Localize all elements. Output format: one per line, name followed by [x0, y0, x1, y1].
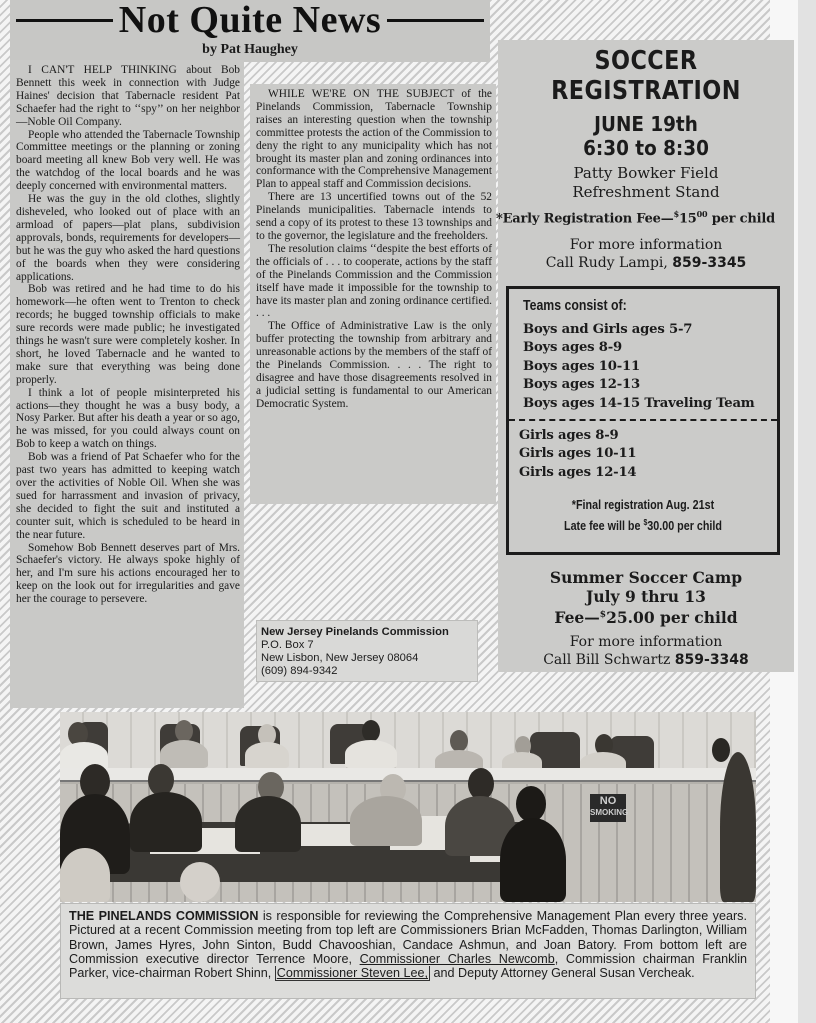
boys-teams-list: Boys and Girls ages 5-7 Boys ages 8-9 Bo…: [509, 321, 777, 413]
article-paragraph: Bob was a friend of Pat Schaefer who for…: [16, 451, 240, 541]
summer-camp-section: Summer Soccer Camp July 9 thru 13 Fee—$2…: [498, 568, 794, 669]
article-paragraph: The resolution claims ‘‘despite the best…: [256, 243, 492, 320]
article-paragraph: WHILE WE'RE ON THE SUBJECT of the Pinela…: [256, 88, 492, 191]
team-item: Girls ages 12-14: [509, 464, 777, 482]
headline-rule-right: [387, 19, 484, 22]
ad-title: SOCCER: [519, 46, 774, 76]
info-text: For more information: [498, 236, 794, 254]
dashed-divider: [509, 419, 777, 421]
article-paragraph: There are 13 uncertified towns out of th…: [256, 191, 492, 243]
team-item: Boys ages 12-13: [509, 376, 777, 394]
boxed-name: Commissioner Steven Lee,: [275, 966, 430, 981]
no-smoking-sign: NO SMOKING: [590, 794, 626, 822]
contact-line: Call Rudy Lampi, 859-3345: [498, 254, 794, 272]
photo-caption: THE PINELANDS COMMISSION is responsible …: [60, 903, 756, 999]
team-item: Girls ages 8-9: [509, 427, 777, 445]
camp-dates: July 9 thru 13: [498, 587, 794, 606]
ad-title: REGISTRATION: [519, 76, 774, 106]
commission-meeting-photo: NO SMOKING: [60, 712, 756, 902]
info-text: For more information: [498, 633, 794, 651]
address-org: New Jersey Pinelands Commission: [261, 626, 477, 639]
article-paragraph: Somehow Bob Bennett deserves part of Mrs…: [16, 542, 240, 607]
article-paragraph: I think a lot of people misinterpreted h…: [16, 387, 240, 452]
article-column-1: I CAN'T HELP THINKING about Bob Bennett …: [10, 60, 244, 708]
article-paragraph: I CAN'T HELP THINKING about Bob Bennett …: [16, 64, 240, 129]
team-item: Girls ages 10-11: [509, 445, 777, 463]
team-item: Boys ages 10-11: [509, 358, 777, 376]
contact-line: Call Bill Schwartz 859-3348: [498, 651, 794, 669]
registration-location: Refreshment Stand: [498, 183, 794, 202]
camp-fee: Fee—$25.00 per child: [498, 606, 794, 627]
column-title: Not Quite News: [119, 0, 381, 40]
headline-rule-left: [16, 19, 113, 22]
team-item: Boys ages 8-9: [509, 339, 777, 357]
early-registration-fee: *Early Registration Fee—$1500 per child: [496, 205, 794, 228]
article-paragraph: Bob was retired and he had time to do hi…: [16, 283, 240, 386]
teams-box: Teams consist of: Boys and Girls ages 5-…: [506, 286, 780, 555]
team-item: Boys ages 14-15 Traveling Team: [509, 395, 777, 413]
team-item: Boys and Girls ages 5-7: [509, 321, 777, 339]
article-paragraph: People who attended the Tabernacle Towns…: [16, 129, 240, 194]
registration-date: JUNE 19th: [510, 112, 782, 136]
underlined-name: Commissioner Charles Newcomb: [360, 952, 555, 966]
article-paragraph: The Office of Administrative Law is the …: [256, 320, 492, 410]
soccer-registration-ad: SOCCER REGISTRATION JUNE 19th 6:30 to 8:…: [498, 40, 794, 672]
address-box: New Jersey Pinelands Commission P.O. Box…: [256, 620, 478, 682]
article-column-2: WHILE WE'RE ON THE SUBJECT of the Pinela…: [250, 84, 496, 504]
late-fee-note: Late fee will be $30.00 per child: [528, 514, 758, 535]
address-phone: (609) 894-9342: [261, 665, 477, 678]
final-registration-note: *Final registration Aug. 21st: [528, 496, 758, 514]
address-line: P.O. Box 7: [261, 639, 477, 652]
column-header: Not Quite News by Pat Haughey: [10, 0, 490, 62]
registration-location: Patty Bowker Field: [498, 164, 794, 183]
registration-time: 6:30 to 8:30: [510, 136, 782, 160]
camp-title: Summer Soccer Camp: [498, 568, 794, 587]
teams-heading: Teams consist of:: [523, 297, 731, 315]
caption-lead: THE PINELANDS COMMISSION: [69, 909, 258, 923]
address-line: New Lisbon, New Jersey 08064: [261, 652, 477, 665]
article-paragraph: He was the guy in the old clothes, sligh…: [16, 193, 240, 283]
byline: by Pat Haughey: [10, 42, 490, 58]
girls-teams-list: Girls ages 8-9 Girls ages 10-11 Girls ag…: [509, 427, 777, 482]
